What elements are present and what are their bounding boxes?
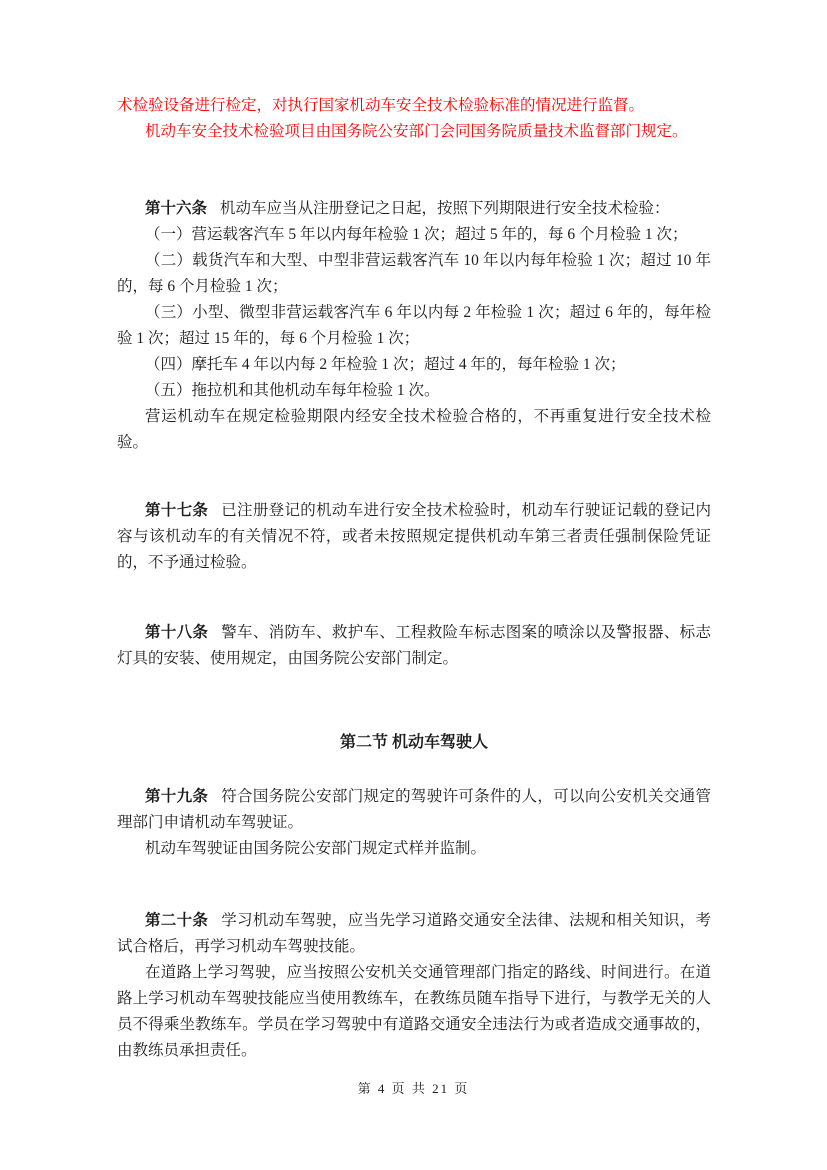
article-16-intro: 机动车应当从注册登记之日起，按照下列期限进行安全技术检验： xyxy=(220,200,670,217)
document-body: 术检验设备进行检定，对执行国家机动车安全技术检验标准的情况进行监督。 机动车安全… xyxy=(117,93,711,1064)
article-16-item-4: （四）摩托车 4 年以内每 2 年检验 1 次；超过 4 年的，每年检验 1 次… xyxy=(117,352,711,378)
red-paragraph-continuation: 术检验设备进行检定，对执行国家机动车安全技术检验标准的情况进行监督。 xyxy=(117,93,711,119)
article-16-item-3: （三）小型、微型非营运载客汽车 6 年以内每 2 年检验 1 次；超过 6 年的… xyxy=(117,300,711,352)
article-16-item-5: （五）拖拉机和其他机动车每年检验 1 次。 xyxy=(117,378,711,404)
article-19-term: 第十九条 xyxy=(145,788,208,805)
article-20-term: 第二十条 xyxy=(145,912,208,929)
article-20-paragraph-2: 在道路上学习驾驶，应当按照公安机关交通管理部门指定的路线、时间进行。在道路上学习… xyxy=(117,960,711,1064)
document-page: 术检验设备进行检定，对执行国家机动车安全技术检验标准的情况进行监督。 机动车安全… xyxy=(0,0,827,1170)
article-19-paragraph-2: 机动车驾驶证由国务院公安部门规定式样并监制。 xyxy=(117,836,711,862)
article-16-term: 第十六条 xyxy=(145,200,207,217)
article-19-paragraph: 第十九条符合国务院公安部门规定的驾驶许可条件的人，可以向公安机关交通管理部门申请… xyxy=(117,784,711,836)
article-18-paragraph: 第十八条警车、消防车、救护车、工程救险车标志图案的喷涂以及警报器、标志灯具的安装… xyxy=(117,620,711,672)
red-paragraph-2: 机动车安全技术检验项目由国务院公安部门会同国务院质量技术监督部门规定。 xyxy=(117,119,711,145)
article-17-term: 第十七条 xyxy=(145,502,208,519)
page-number-footer: 第 4 页 共 21 页 xyxy=(0,1078,827,1097)
article-16-heading: 第十六条机动车应当从注册登记之日起，按照下列期限进行安全技术检验： xyxy=(117,196,711,222)
article-16-item-2: （二）载货汽车和大型、中型非营运载客汽车 10 年以内每年检验 1 次；超过 1… xyxy=(117,248,711,300)
article-17-paragraph: 第十七条已注册登记的机动车进行安全技术检验时，机动车行驶证记载的登记内容与该机动… xyxy=(117,498,711,576)
article-18-term: 第十八条 xyxy=(145,624,208,641)
article-16-item-1: （一）营运载客汽车 5 年以内每年检验 1 次；超过 5 年的，每 6 个月检验… xyxy=(117,222,711,248)
article-20-paragraph: 第二十条学习机动车驾驶，应当先学习道路交通安全法律、法规和相关知识，考试合格后，… xyxy=(117,908,711,960)
article-16-closing: 营运机动车在规定检验期限内经安全技术检验合格的，不再重复进行安全技术检验。 xyxy=(117,404,711,456)
section-2-heading: 第二节 机动车驾驶人 xyxy=(117,730,711,756)
